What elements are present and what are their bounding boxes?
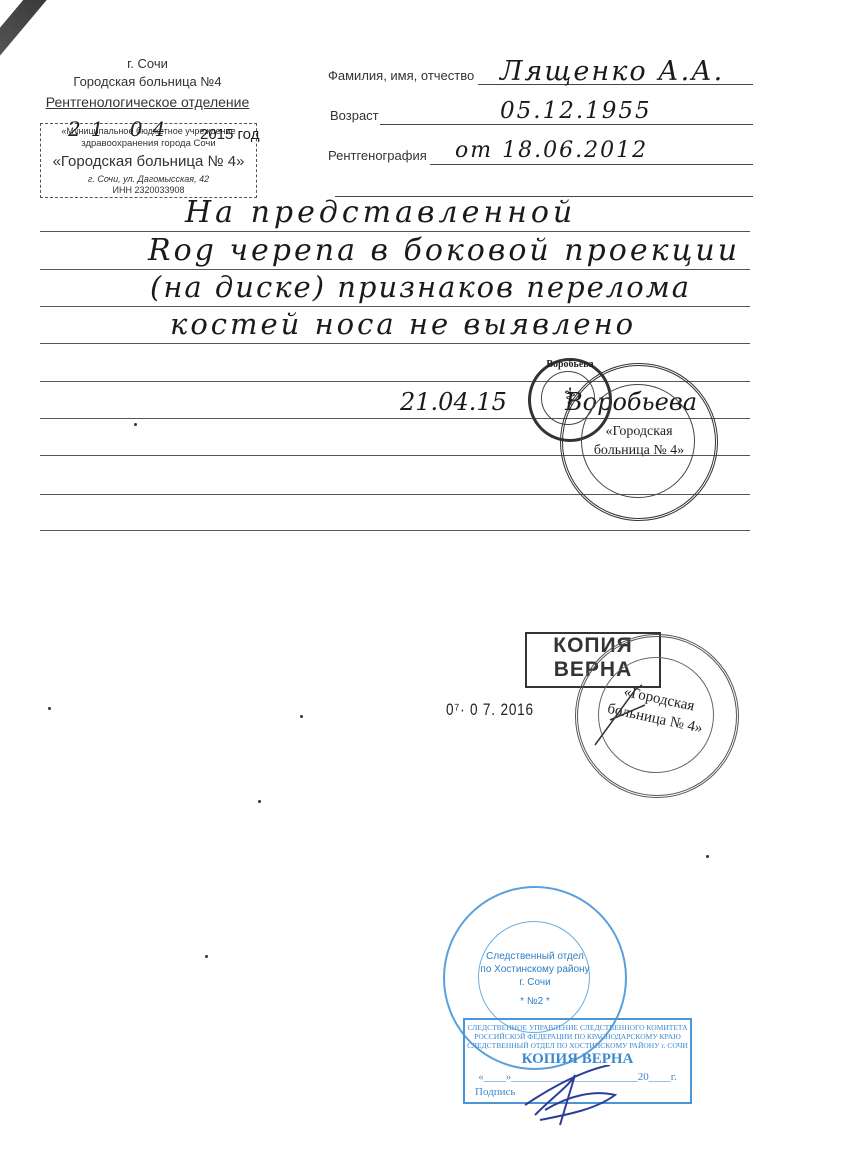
header-department: Рентгенологическое отделение xyxy=(25,94,270,110)
scan-dot xyxy=(134,423,137,426)
scan-dot xyxy=(258,800,261,803)
hospital-round-stamp: «Городская больница № 4» xyxy=(560,363,718,521)
hospital-stamp-center: «Городская больница № 4» xyxy=(563,422,715,460)
investigative-center-line1: Следственный отдел xyxy=(445,950,625,963)
xray-line xyxy=(430,164,753,165)
conclusion-line-4: костей носа не выявлено xyxy=(170,307,636,341)
conclusion-line-3: (на диске) признаков перелома xyxy=(150,270,691,304)
institution-stamp-line5: ИНН 2320033908 xyxy=(41,185,256,195)
scan-dot xyxy=(300,715,303,718)
conclusion-line-1: На представленной xyxy=(185,195,576,230)
copy-signature-stroke xyxy=(590,680,650,750)
investigative-box-line2: РОССИЙСКОЙ ФЕДЕРАЦИИ ПО КРАСНОДАРСКОМУ К… xyxy=(465,1032,690,1041)
investigative-box-line3: СЛЕДСТВЕННЫЙ ОТДЕЛ ПО ХОСТИНСКОМУ РАЙОНУ… xyxy=(465,1041,690,1050)
investigative-stamp-center: Следственный отдел по Хостинскому району… xyxy=(445,950,625,1008)
scan-dot xyxy=(205,955,208,958)
scan-artifact xyxy=(0,0,54,106)
institution-stamp-line3: «Городская больница № 4» xyxy=(41,153,256,170)
copy-date-stamp: 0⁷· 0 7. 2016 xyxy=(446,700,534,720)
conclusion-date: 21.04.15 xyxy=(400,388,507,416)
header-city: г. Сочи xyxy=(25,56,270,71)
handwritten-stamp-date: 21 04 xyxy=(68,117,175,141)
conclusion-line-2: Rog черепа в боковой проекции xyxy=(148,233,740,268)
investigative-center-line4: * №2 * xyxy=(445,995,625,1008)
age-line xyxy=(380,124,753,125)
doctor-stamp-name: Воробьева xyxy=(531,359,609,370)
xray-label: Рентгенография xyxy=(328,148,427,163)
name-value: Лященко А.А. xyxy=(500,56,724,87)
age-label: Возраст xyxy=(330,108,379,123)
stamp-year: 2015 год xyxy=(200,126,259,143)
xray-value: от 18.06.2012 xyxy=(455,138,648,163)
investigative-signature xyxy=(515,1065,625,1130)
scan-dot xyxy=(706,855,709,858)
institution-stamp-line4: г. Сочи, ул. Дагомысская, 42 xyxy=(41,174,256,184)
ruled-line xyxy=(40,231,750,232)
age-value: 05.12.1955 xyxy=(500,98,652,124)
name-label: Фамилия, имя, отчество xyxy=(328,68,474,83)
investigative-center-line2: по Хостинскому району xyxy=(445,963,625,976)
scan-dot xyxy=(48,707,51,710)
header-hospital: Городская больница №4 xyxy=(25,74,270,89)
investigative-center-line3: г. Сочи xyxy=(445,976,625,989)
investigative-box-line1: СЛЕДСТВЕННОЕ УПРАВЛЕНИЕ СЛЕДСТВЕННОГО КО… xyxy=(465,1023,690,1032)
ruled-line xyxy=(40,530,750,531)
ruled-line xyxy=(40,343,750,344)
